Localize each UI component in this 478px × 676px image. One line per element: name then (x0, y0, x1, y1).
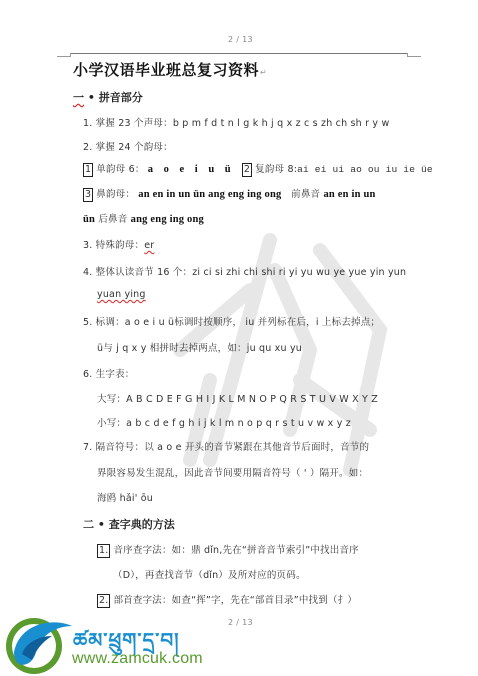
pinyin-item-4: 4. 整体认读音节 16 个：zi ci si zhi chi shi ri y… (83, 264, 406, 278)
pinyin-sub-3-cont: ün 后鼻音 ang eng ing ong (83, 211, 204, 225)
box-number-2-dict: 2. (97, 594, 110, 608)
alphabet-upper: 大写：A B C D E F G H I J K L M N O P Q R S… (97, 391, 378, 405)
dictionary-method-2: 2.部首查字法：如查“挥”字，先在“部首目录”中找到（扌） (97, 592, 357, 608)
pinyin-item-1: 1. 掌握 23 个声母：b p m f d t n l g k h j q x… (83, 115, 389, 129)
section-heading-dictionary: 二 • 查字典的方法 (83, 516, 175, 532)
pinyin-item-5-cont: ü与 j q x y 相拼时去掉两点，如：ju qu xu yu (97, 340, 302, 354)
pinyin-item-5: 5. 标调：a o e i u ü标调时按顺序， iu 并列标在后，i 上标去掉… (83, 314, 380, 328)
header-corner-right-v (407, 53, 408, 56)
box-number-1: 1 (83, 163, 93, 177)
section-heading-pinyin: 一 • 拼音部分 (73, 89, 143, 105)
box-number-1-dict: 1. (97, 544, 110, 558)
header-corner-right (407, 56, 421, 57)
pinyin-item-6: 6. 生字表： (83, 366, 134, 380)
pinyin-item-3: 3. 特殊韵母：er (83, 237, 154, 251)
box-number-2: 2 (242, 163, 252, 177)
header-corner-left-v (70, 53, 71, 56)
page-number-top: 2 / 13 (228, 35, 253, 44)
pinyin-item-7: 7. 隔音符号：以 a o e 开头的音节紧跟在其他音节后面时，音节的 (83, 439, 369, 453)
pinyin-item-2: 2. 掌握 24 个韵母： (83, 139, 173, 153)
pinyin-item-4-cont: yuan ying (97, 289, 146, 300)
pinyin-sub-1-2: 1单韵母 6： a o e i u ü 2复韵母 8:ai ei ui ao o… (83, 161, 433, 177)
box-number-3: 3 (83, 188, 93, 202)
pinyin-item-7-example: 海鸥 hǎi' ōu (97, 490, 153, 504)
paragraph-mark: ↵ (260, 68, 267, 77)
logo-url[interactable]: www.zamcuk.com (72, 650, 203, 668)
dictionary-method-1-cont: （D），再查找音节（dǐn）及所对应的页码。 (113, 567, 306, 581)
header-corner-left (57, 56, 71, 57)
header-rule (70, 53, 407, 54)
dictionary-method-1: 1.音序查字法：如：鼎 dǐn,先在“拼音音节索引”中找出音序 (97, 542, 359, 558)
pinyin-sub-3: 3鼻韵母： an en in un ün ang eng ing ong 前鼻音… (83, 186, 376, 202)
pinyin-item-7-cont: 界限容易发生混乱，因此音节间要用隔音符号（ ' ）隔开。如： (97, 465, 368, 479)
alphabet-lower: 小写：a b c d e f g h i j k l m n o p q r s… (97, 415, 351, 429)
document-title: 小学汉语毕业班总复习资料↵ (73, 59, 267, 80)
